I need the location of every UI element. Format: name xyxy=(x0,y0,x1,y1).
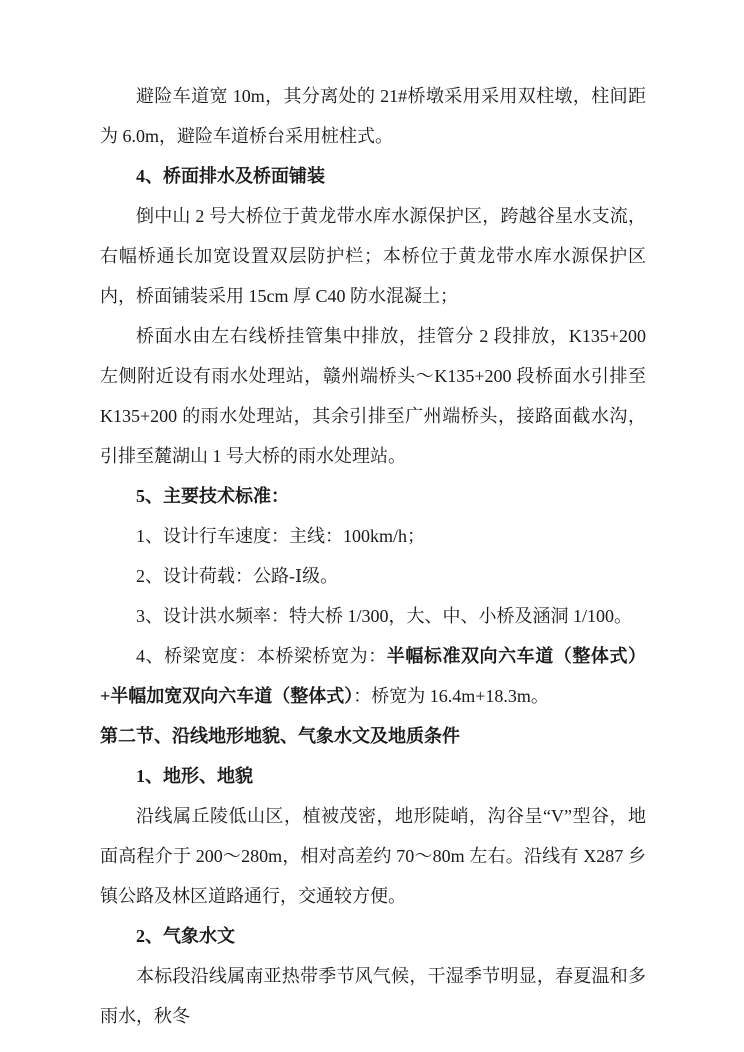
section-heading-terrain-weather-geology: 第二节、沿线地形地貌、气象水文及地质条件 xyxy=(100,716,646,756)
list-item-design-speed: 1、设计行车速度：主线：100km/h； xyxy=(100,516,646,556)
list-item-flood-frequency: 3、设计洪水频率：特大桥 1/300，大、中、小桥及涵洞 1/100。 xyxy=(100,596,646,636)
bridge-width-text-run-plain-2: ：桥宽为 16.4m+18.3m。 xyxy=(353,686,549,706)
document-page: 避险车道宽 10m，其分离处的 21#桥墩采用采用双柱墩，柱间距为 6.0m，避… xyxy=(0,0,744,1052)
heading-weather-hydrology: 2、气象水文 xyxy=(100,916,646,956)
paragraph-terrain-description: 沿线属丘陵低山区，植被茂密，地形陡峭，沟谷呈“V”型谷，地面高程介于 200～2… xyxy=(100,796,646,916)
paragraph-climate-description: 本标段沿线属南亚热带季节风气候，干湿季节明显，春夏温和多雨水，秋冬 xyxy=(100,956,646,1036)
heading-deck-drainage-paving: 4、桥面排水及桥面铺装 xyxy=(100,156,646,196)
paragraph-deck-water-drainage: 桥面水由左右线桥挂管集中排放，挂管分 2 段排放，K135+200 左侧附近设有… xyxy=(100,316,646,476)
heading-main-technical-standards: 5、主要技术标准： xyxy=(100,476,646,516)
heading-terrain-landform: 1、地形、地貌 xyxy=(100,756,646,796)
bridge-width-text-run-plain-1: 4、桥梁宽度：本桥梁桥宽为： xyxy=(136,646,387,666)
paragraph-bridge-location-paving: 倒中山 2 号大桥位于黄龙带水库水源保护区，跨越谷星水支流，右幅桥通长加宽设置双… xyxy=(100,196,646,316)
list-item-design-load: 2、设计荷载：公路-Ⅰ级。 xyxy=(100,556,646,596)
list-item-bridge-width: 4、桥梁宽度：本桥梁桥宽为：半幅标准双向六车道（整体式）+半幅加宽双向六车道（整… xyxy=(100,636,646,716)
paragraph-escape-lane: 避险车道宽 10m，其分离处的 21#桥墩采用采用双柱墩，柱间距为 6.0m，避… xyxy=(100,76,646,156)
